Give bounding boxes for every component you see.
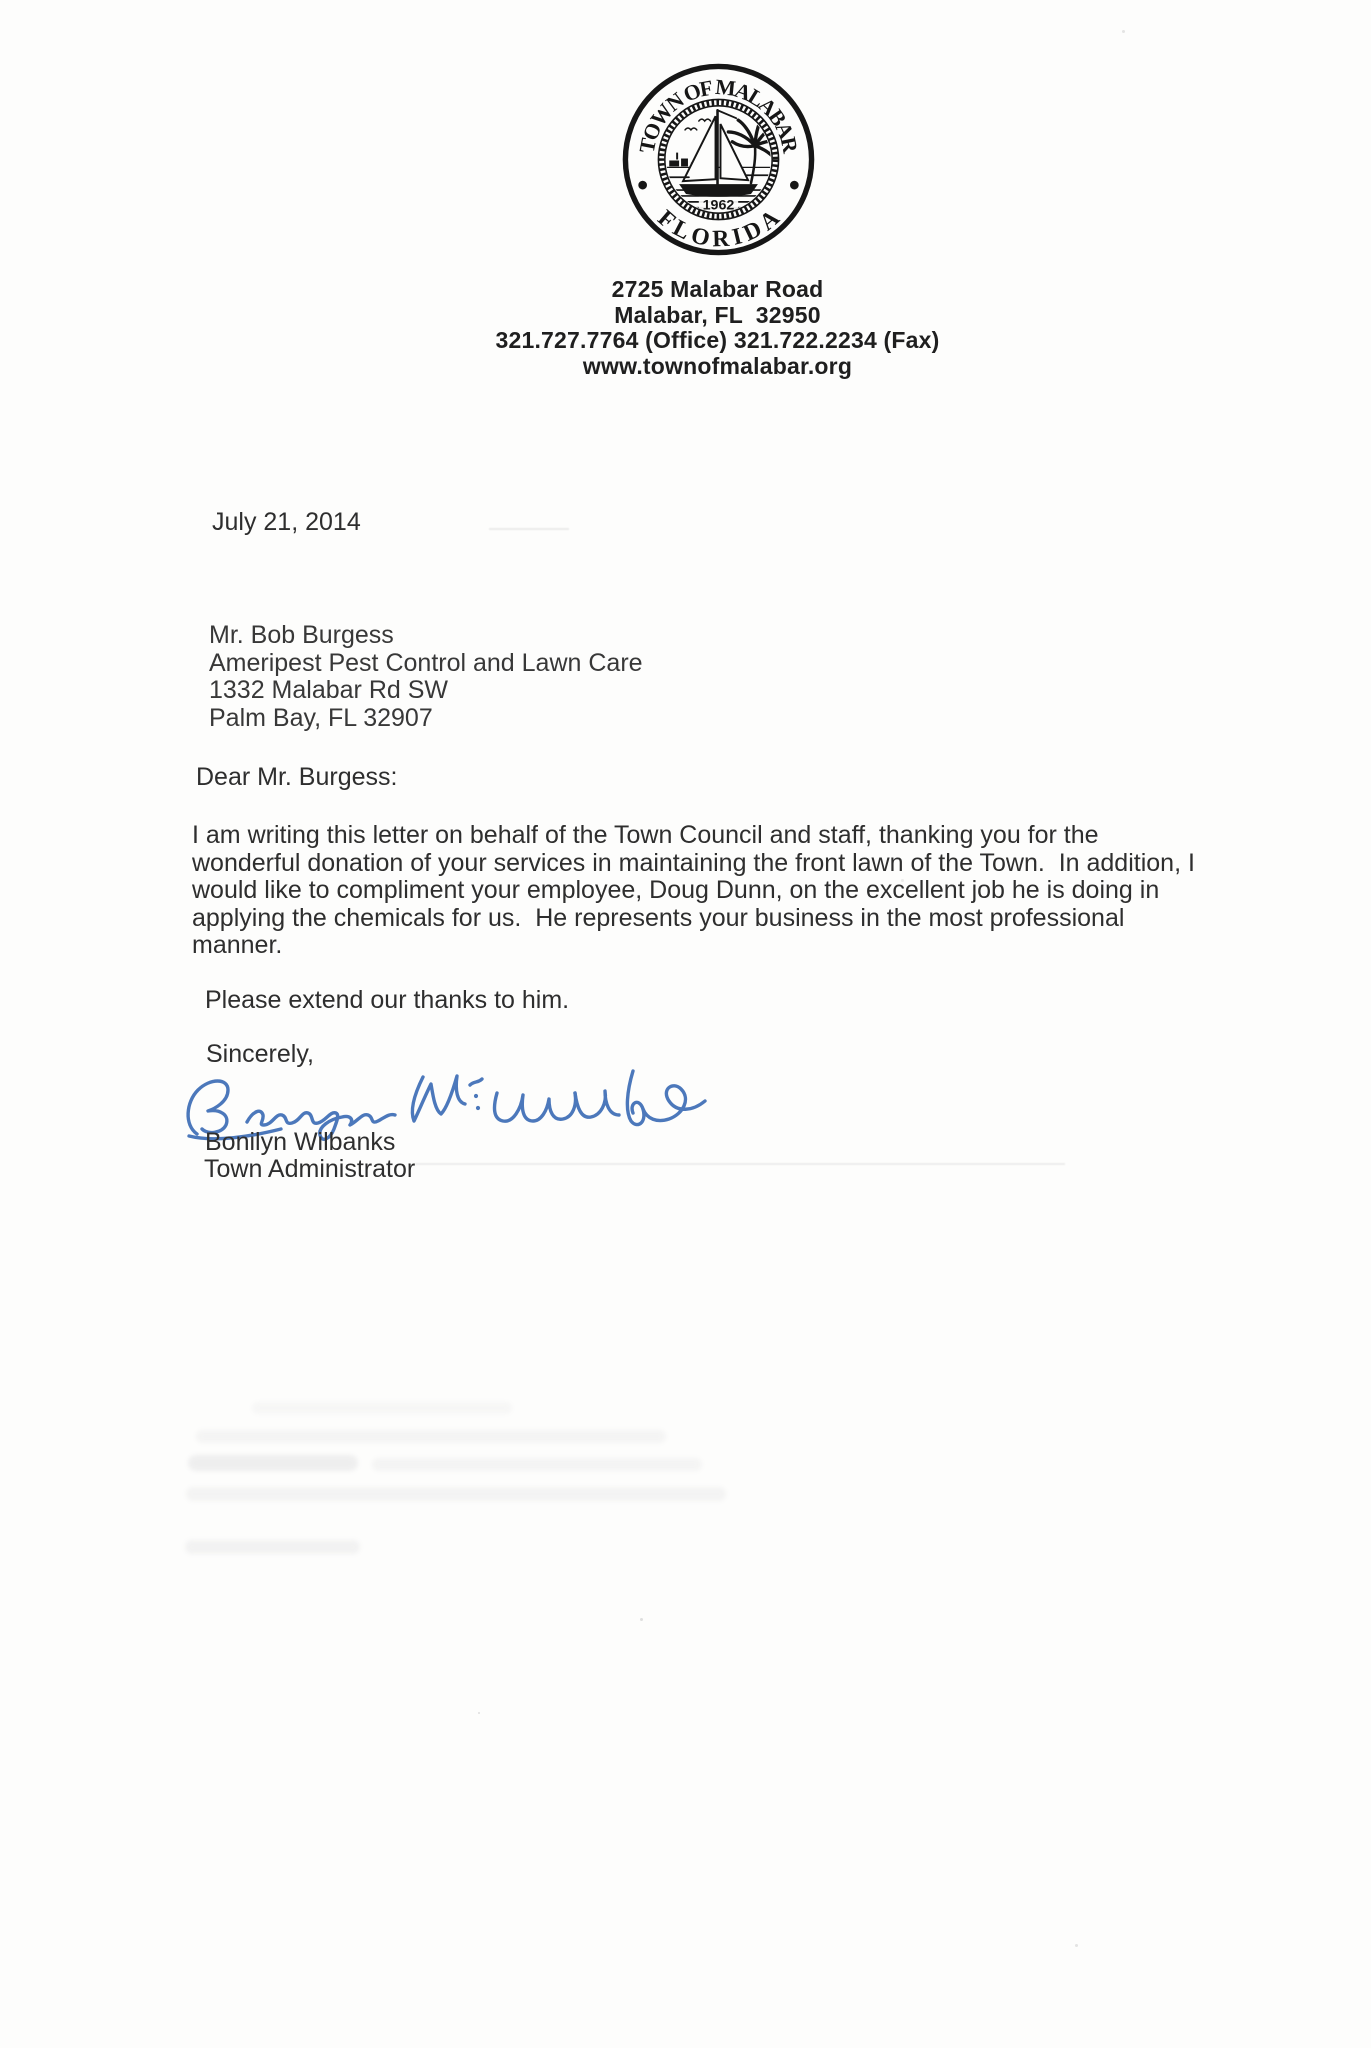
body-line: would like to compliment your employee, … bbox=[192, 877, 1195, 905]
seal-right-dot-icon bbox=[790, 181, 799, 190]
recipient-address: Mr. Bob Burgess Ameripest Pest Control a… bbox=[209, 622, 643, 732]
crease-line bbox=[415, 1163, 1065, 1165]
recipient-company: Ameripest Pest Control and Lawn Care bbox=[209, 650, 643, 678]
scan-speck bbox=[640, 1618, 643, 1621]
bleed-through-artifact bbox=[252, 1402, 512, 1414]
svg-text:FLORIDA: FLORIDA bbox=[652, 205, 784, 252]
scan-speck bbox=[1075, 1944, 1078, 1947]
town-seal: TOWN OF MALABAR FLORIDA bbox=[620, 61, 817, 258]
recipient-name: Mr. Bob Burgess bbox=[209, 622, 643, 650]
recipient-city: Palm Bay, FL 32907 bbox=[209, 705, 643, 733]
scanned-letter-page: TOWN OF MALABAR FLORIDA bbox=[0, 0, 1371, 2048]
letter-date: July 21, 2014 bbox=[212, 509, 361, 537]
seal-left-dot-icon bbox=[638, 181, 647, 190]
signer-title: Town Administrator bbox=[204, 1156, 415, 1184]
bleed-through-artifact bbox=[196, 1430, 666, 1443]
crease-line bbox=[489, 528, 569, 530]
recipient-street: 1332 Malabar Rd SW bbox=[209, 677, 643, 705]
seal-bottom-text: FLORIDA bbox=[652, 205, 784, 252]
bleed-through-artifact bbox=[186, 1487, 726, 1501]
scan-speck bbox=[478, 1712, 480, 1714]
body-paragraph: I am writing this letter on behalf of th… bbox=[192, 822, 1195, 960]
body-line: I am writing this letter on behalf of th… bbox=[192, 822, 1195, 850]
bleed-through-artifact bbox=[188, 1455, 358, 1471]
body-line: wonderful donation of your services in m… bbox=[192, 850, 1195, 878]
letterhead-address-line: 2725 Malabar Road bbox=[32, 277, 1371, 303]
letterhead-website: www.townofmalabar.org bbox=[32, 354, 1371, 380]
bleed-through-artifact bbox=[372, 1458, 702, 1471]
letterhead-address-line: Malabar, FL 32950 bbox=[32, 303, 1371, 329]
thanks-line: Please extend our thanks to him. bbox=[205, 987, 569, 1015]
body-line: applying the chemicals for us. He repres… bbox=[192, 905, 1195, 933]
signer-name: Bonilyn Wilbanks bbox=[205, 1129, 395, 1157]
letterhead-address: 2725 Malabar Road Malabar, FL 32950 321.… bbox=[32, 277, 1371, 379]
salutation: Dear Mr. Burgess: bbox=[196, 764, 397, 792]
scan-speck bbox=[1122, 30, 1125, 33]
letterhead-phone-line: 321.727.7764 (Office) 321.722.2234 (Fax) bbox=[32, 328, 1371, 354]
bleed-through-artifact bbox=[185, 1540, 360, 1554]
body-line: manner. bbox=[192, 932, 1195, 960]
